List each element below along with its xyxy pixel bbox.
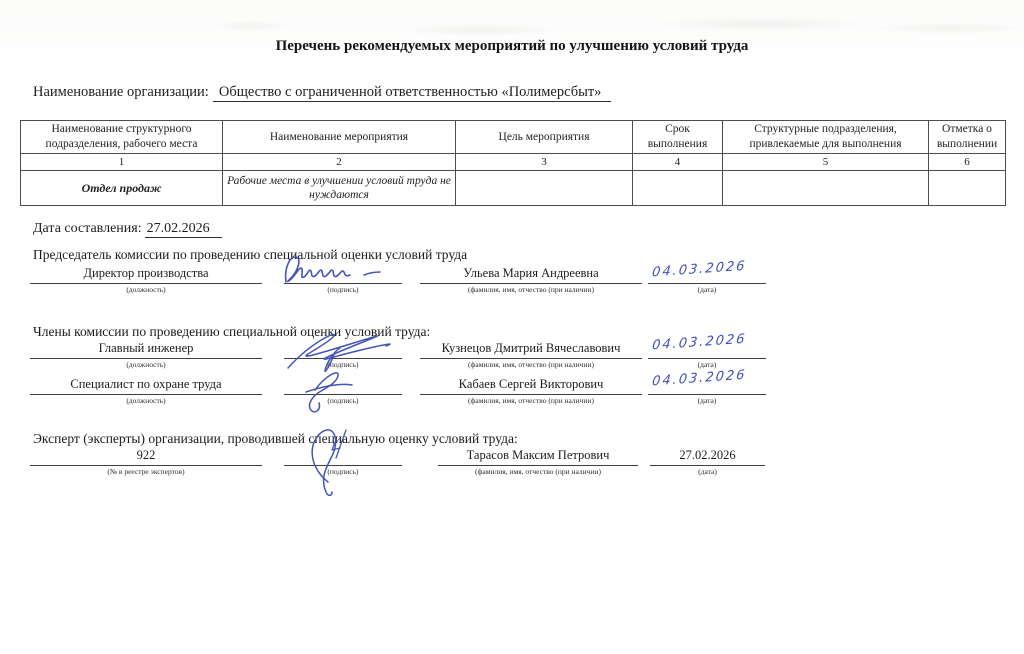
signature-sublabel: (подпись) xyxy=(284,285,402,294)
expert-date: 27.02.2026 xyxy=(650,448,765,466)
organization-line: Наименование организации:Общество с огра… xyxy=(33,84,611,101)
header-measure: Наименование мероприятия xyxy=(223,121,456,154)
header-department: Наименование структурного подразделения,… xyxy=(21,121,223,154)
chairman-position-field: Директор производства (должность) xyxy=(30,266,262,294)
compile-date-line: Дата составления:27.02.2026 xyxy=(33,221,222,237)
date-sublabel: (дата) xyxy=(650,467,765,476)
measures-table: Наименование структурного подразделения,… xyxy=(20,120,1006,206)
member1-name: Кузнецов Дмитрий Вячеславович xyxy=(420,341,642,359)
member2-position-field: Специалист по охране труда (должность) xyxy=(30,377,262,405)
compile-date-value: 27.02.2026 xyxy=(145,221,222,238)
member1-date-line xyxy=(648,341,766,359)
col-number-3: 3 xyxy=(456,154,633,171)
chairman-signature-line xyxy=(284,266,402,284)
chairman-name: Ульева Мария Андреевна xyxy=(420,266,642,284)
compile-date-label: Дата составления: xyxy=(33,221,142,236)
expert-name: Тарасов Максим Петрович xyxy=(438,448,638,466)
member2-date-line xyxy=(648,377,766,395)
document-title: Перечень рекомендуемых мероприятий по ул… xyxy=(0,38,1024,55)
col-number-2: 2 xyxy=(223,154,456,171)
position-sublabel: (должность) xyxy=(30,396,262,405)
date-sublabel: (дата) xyxy=(648,285,766,294)
date-sublabel: (дата) xyxy=(648,396,766,405)
document-page: Перечень рекомендуемых мероприятий по ул… xyxy=(0,0,1024,654)
cell-department: Отдел продаж xyxy=(21,171,223,206)
cell-measure: Рабочие места в улучшении условий труда … xyxy=(223,171,456,206)
header-goal: Цель мероприятия xyxy=(456,121,633,154)
member2-signature-line xyxy=(284,377,402,395)
organization-label: Наименование организации: xyxy=(33,84,209,100)
signature-sublabel: (подпись) xyxy=(284,360,402,369)
member1-position-field: Главный инженер (должность) xyxy=(30,341,262,369)
member2-name: Кабаев Сергей Викторович xyxy=(420,377,642,395)
name-sublabel: (фамилия, имя, отчество (при наличии) xyxy=(438,467,638,476)
scan-artifact xyxy=(0,8,1024,38)
member1-name-field: Кузнецов Дмитрий Вячеславович (фамилия, … xyxy=(420,341,642,369)
expert-signature-field: (подпись) xyxy=(284,448,402,476)
member1-signature-field: (подпись) xyxy=(284,341,402,369)
table-row: Отдел продаж Рабочие места в улучшении у… xyxy=(21,171,1006,206)
col-number-1: 1 xyxy=(21,154,223,171)
table-number-row: 1 2 3 4 5 6 xyxy=(21,154,1006,171)
chairman-date-field: (дата) xyxy=(648,266,766,294)
name-sublabel: (фамилия, имя, отчество (при наличии) xyxy=(420,360,642,369)
organization-value: Общество с ограниченной ответственностью… xyxy=(213,84,612,102)
header-involved: Структурные подразделения, привлекаемые … xyxy=(723,121,929,154)
signature-sublabel: (подпись) xyxy=(284,396,402,405)
chairman-heading: Председатель комиссии по проведению спец… xyxy=(33,247,467,263)
expert-signature-line xyxy=(284,448,402,466)
chairman-name-field: Ульева Мария Андреевна (фамилия, имя, от… xyxy=(420,266,642,294)
member2-position: Специалист по охране труда xyxy=(30,377,262,395)
chairman-signature-field: (подпись) xyxy=(284,266,402,294)
member1-date-field: (дата) xyxy=(648,341,766,369)
expert-heading: Эксперт (эксперты) организации, проводив… xyxy=(33,431,518,447)
member1-signature-line xyxy=(284,341,402,359)
member2-name-field: Кабаев Сергей Викторович (фамилия, имя, … xyxy=(420,377,642,405)
signature-sublabel: (подпись) xyxy=(284,467,402,476)
date-sublabel: (дата) xyxy=(648,360,766,369)
header-mark: Отметка о выполнении xyxy=(929,121,1006,154)
registry-sublabel: (№ в реестре экспертов) xyxy=(30,467,262,476)
member2-date-field: (дата) xyxy=(648,377,766,405)
col-number-6: 6 xyxy=(929,154,1006,171)
chairman-position: Директор производства xyxy=(30,266,262,284)
expert-registry-number: 922 xyxy=(30,448,262,466)
expert-date-field: 27.02.2026 (дата) xyxy=(650,448,765,476)
cell-goal xyxy=(456,171,633,206)
cell-term xyxy=(633,171,723,206)
cell-involved xyxy=(723,171,929,206)
name-sublabel: (фамилия, имя, отчество (при наличии) xyxy=(420,396,642,405)
col-number-4: 4 xyxy=(633,154,723,171)
members-heading: Члены комиссии по проведению специальной… xyxy=(33,324,430,340)
expert-name-field: Тарасов Максим Петрович (фамилия, имя, о… xyxy=(438,448,638,476)
expert-number-field: 922 (№ в реестре экспертов) xyxy=(30,448,262,476)
member2-signature-field: (подпись) xyxy=(284,377,402,405)
table-header-row: Наименование структурного подразделения,… xyxy=(21,121,1006,154)
chairman-date-line xyxy=(648,266,766,284)
position-sublabel: (должность) xyxy=(30,285,262,294)
header-term: Срок выполнения xyxy=(633,121,723,154)
col-number-5: 5 xyxy=(723,154,929,171)
cell-mark xyxy=(929,171,1006,206)
member1-position: Главный инженер xyxy=(30,341,262,359)
position-sublabel: (должность) xyxy=(30,360,262,369)
name-sublabel: (фамилия, имя, отчество (при наличии) xyxy=(420,285,642,294)
